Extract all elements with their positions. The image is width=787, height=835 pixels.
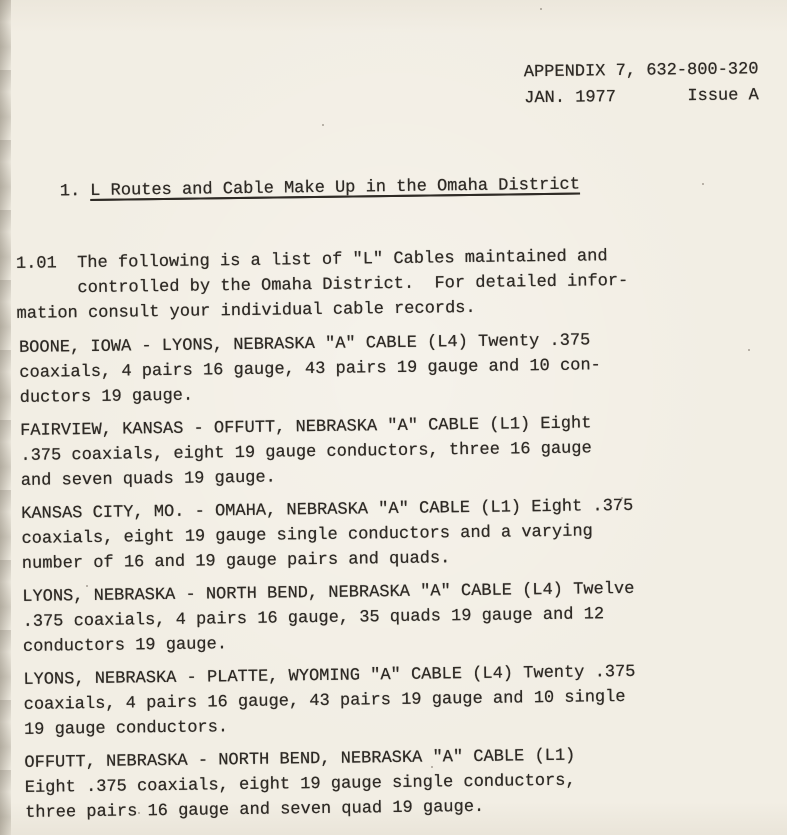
cable-entry-offutt-northbend: OFFUTT, NEBRASKA - NORTH BEND, NEBRASKA …: [24, 741, 787, 826]
cable-entries: BOONE, IOWA - LYONS, NEBRASKA "A" CABLE …: [0, 326, 787, 826]
header-date-issue-line: JAN. 1977 Issue A: [524, 83, 759, 112]
document-page: APPENDIX 7, 632-800-320 JAN. 1977 Issue …: [0, 0, 787, 835]
cable-entry-boone-lyons: BOONE, IOWA - LYONS, NEBRASKA "A" CABLE …: [19, 326, 787, 411]
cable-entry-lyons-northbend: LYONS, NEBRASKA - NORTH BEND, NEBRASKA "…: [22, 575, 787, 660]
document-header: APPENDIX 7, 632-800-320 JAN. 1977 Issue …: [524, 57, 759, 112]
cable-entry-fairview-offutt: FAIRVIEW, KANSAS - OFFUTT, NEBRASKA "A" …: [20, 409, 787, 494]
cable-entry-lyons-platte: LYONS, NEBRASKA - PLATTE, WYOMING "A" CA…: [23, 658, 787, 743]
cable-entry-kansascity-omaha: KANSAS CITY, MO. - OMAHA, NEBRASKA "A" C…: [21, 492, 787, 577]
section-number: 1.: [60, 182, 81, 201]
header-appendix-line: APPENDIX 7, 632-800-320: [524, 57, 759, 86]
paragraph-1-01: 1.01 The following is a list of "L" Cabl…: [16, 242, 786, 327]
section-title: 1.L Routes and Cable Make Up in the Omah…: [19, 145, 785, 230]
section-title-text: L Routes and Cable Make Up in the Omaha …: [90, 176, 580, 201]
